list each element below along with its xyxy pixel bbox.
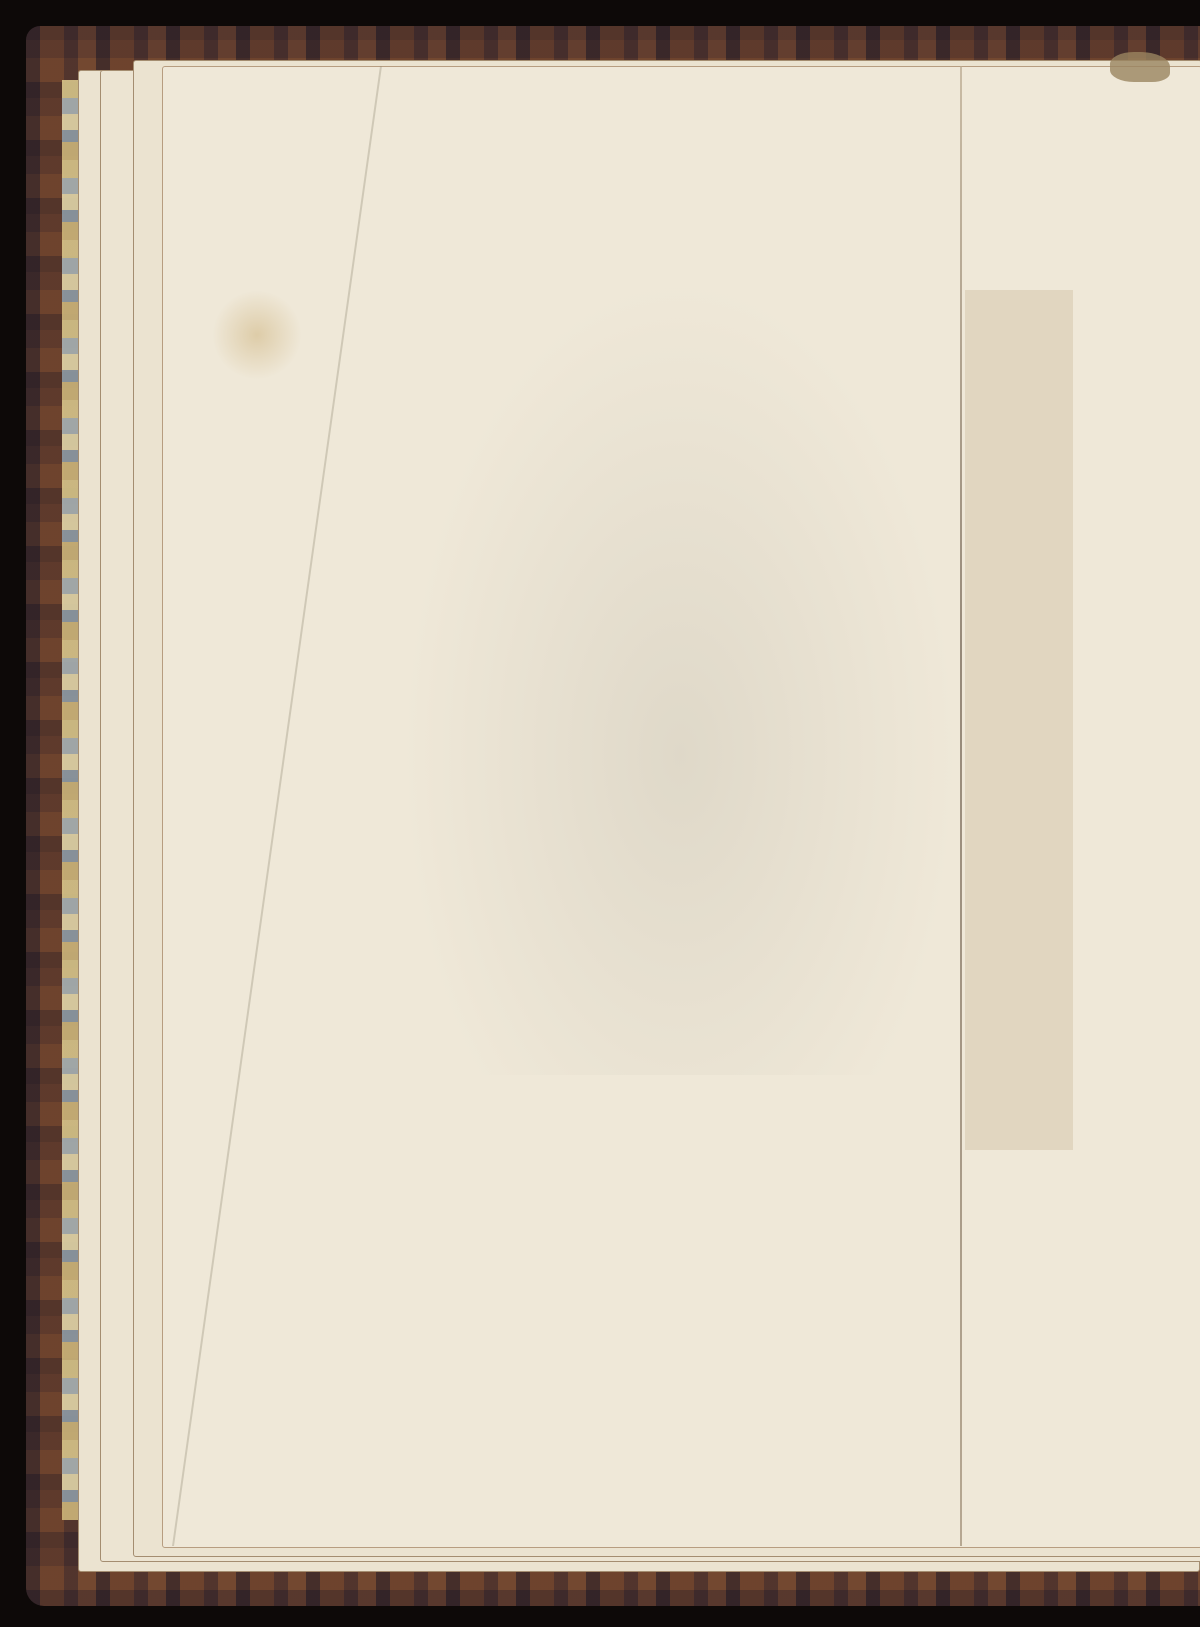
fold-line <box>960 66 962 1546</box>
plate-bleed-through <box>400 275 960 1075</box>
plate-shadow <box>965 290 1073 1150</box>
binding-wear <box>1110 52 1170 82</box>
foxing-stain <box>212 290 302 380</box>
